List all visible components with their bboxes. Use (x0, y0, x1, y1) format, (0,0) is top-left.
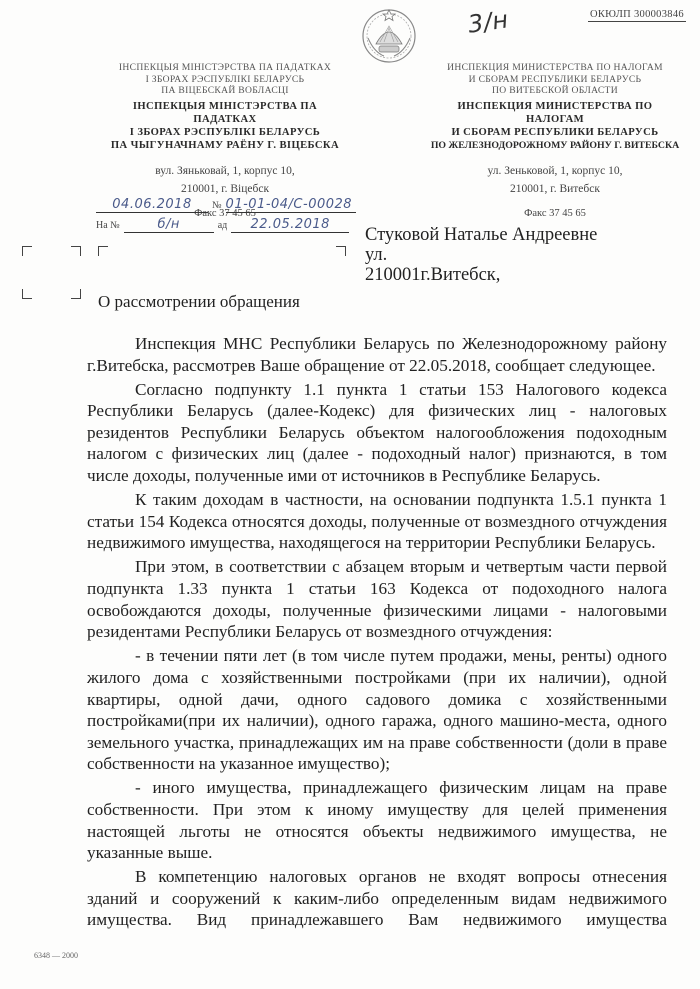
corner-mark (336, 246, 346, 256)
body-paragraph: При этом, в соответствии с абзацем вторы… (87, 556, 667, 642)
recipient-city: 210001г.Витебск, (365, 265, 597, 285)
recipient-block: Стуковой Наталье Андреевне ул. 210001г.В… (365, 225, 597, 285)
parent-org-line: ПО ВИТЕБСКОЙ ОБЛАСТИ (430, 85, 680, 97)
org-name-line: И СБОРАМ РЕСПУБЛИКИ БЕЛАРУСЬ (430, 126, 680, 139)
subject-line: О рассмотрении обращения (98, 292, 300, 312)
body-list-item: - иного имущества, принадлежащего физиче… (87, 777, 667, 863)
org-name-line: ПА ЧЫГУНАЧНАМУ РАЁНУ Г. ВІЦЕБСКА (100, 139, 350, 152)
corner-mark (22, 289, 32, 299)
recipient-street: ул. (365, 245, 597, 265)
body-list-item: - в течении пяти лет (в том числе путем … (87, 645, 667, 775)
corner-mark (71, 289, 81, 299)
body-paragraph: Согласно подпункту 1.1 пункта 1 статьи 1… (87, 379, 667, 487)
corner-mark (22, 246, 32, 256)
body-paragraph: К таким доходам в частности, на основани… (87, 489, 667, 554)
parent-org-line: І ЗБОРАХ РЭСПУБЛІКІ БЕЛАРУСЬ (100, 74, 350, 86)
reply-to-date: 22.05.2018 (231, 217, 349, 233)
address-line: ул. Зеньковой, 1, корпус 10, (430, 162, 680, 180)
recipient-name: Стуковой Наталье Андреевне (365, 225, 597, 245)
from-label: ад (218, 220, 228, 231)
letterhead-right: ИНСПЕКЦИЯ МИНИСТЕРСТВА ПО НАЛОГАМ И СБОР… (430, 62, 680, 219)
letter-body: Инспекция МНС Республики Беларусь по Жел… (87, 333, 667, 934)
number-label: № (212, 200, 222, 211)
org-name-line: І ЗБОРАХ РЭСПУБЛІКІ БЕЛАРУСЬ (100, 126, 350, 139)
registration-block: 04.06.2018 № 01-01-04/С-00028 На № б/н а… (96, 195, 356, 233)
belarus-emblem-icon (360, 6, 418, 64)
reply-to-number: б/н (124, 217, 214, 233)
okulp-code: ОКЮЛП 300003846 (588, 9, 686, 22)
org-name-line: ІНСПЕКЦЫЯ МІНІСТЭРСТВА ПА ПАДАТКАХ (100, 100, 350, 126)
address-line: 210001, г. Витебск (430, 180, 680, 198)
address-line: вул. Зяньковай, 1, корпус 10, (100, 162, 350, 180)
body-paragraph: Инспекция МНС Республики Беларусь по Жел… (87, 333, 667, 376)
reply-to-label: На № (96, 220, 120, 231)
body-paragraph: В компетенцию налоговых органов не входя… (87, 866, 667, 931)
print-code: 6348 — 2000 (34, 951, 78, 960)
org-name-line: ПО ЖЕЛЕЗНОДОРОЖНОМУ РАЙОНУ Г. ВИТЕБСКА (430, 139, 680, 152)
handwritten-mark: 3/н (466, 5, 510, 38)
corner-mark (98, 246, 108, 256)
outgoing-date: 04.06.2018 (96, 197, 208, 213)
parent-org-line: ІНСПЕКЦЫЯ МІНІСТЭРСТВА ПА ПАДАТКАХ (100, 62, 350, 74)
outgoing-number: 01-01-04/С-00028 (226, 197, 356, 213)
fax-number: Факс 37 45 65 (430, 208, 680, 219)
parent-org-line: ИНСПЕКЦИЯ МИНИСТЕРСТВА ПО НАЛОГАМ (430, 62, 680, 74)
org-name-line: ИНСПЕКЦИЯ МИНИСТЕРСТВА ПО НАЛОГАМ (430, 100, 680, 126)
parent-org-line: И СБОРАМ РЕСПУБЛИКИ БЕЛАРУСЬ (430, 74, 680, 86)
corner-mark (71, 246, 81, 256)
parent-org-line: ПА ВІЦЕБСКАЙ ВОБЛАСЦІ (100, 85, 350, 97)
